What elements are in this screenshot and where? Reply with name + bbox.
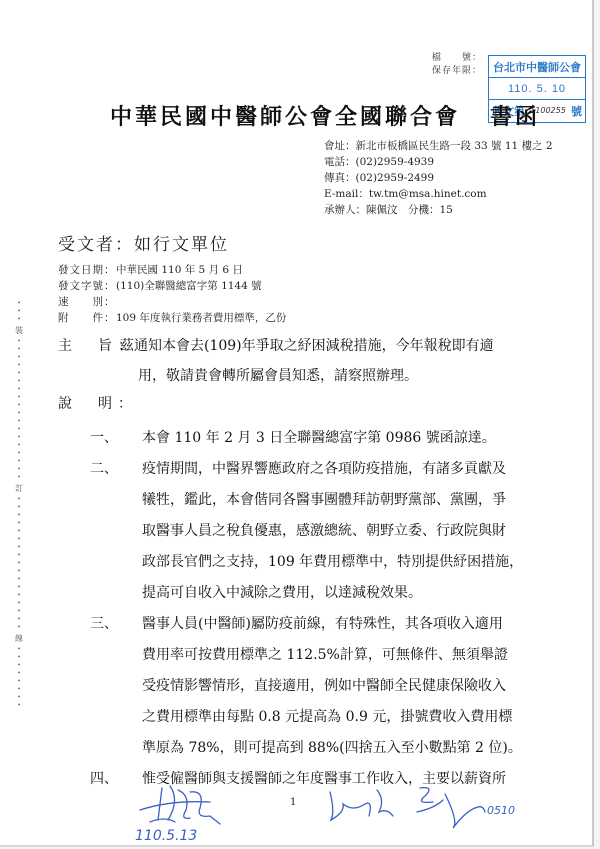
org-name: 中華民國中醫師公會全國聯合會 — [110, 104, 460, 130]
stamp-receipt-suffix: 號 — [571, 103, 582, 119]
list-item: 二、 疫情期間，中醫界響應政府之各項防疫措施，有諸多貢獻及 犧牲，鑑此，本會偕同… — [90, 454, 560, 609]
explanation-items: 一、 本會 110 年 2 月 3 日全聯醫總富字第 0986 號函諒達。 二、… — [90, 423, 560, 795]
handler: 承辦人：陳佩汶 分機：15 — [324, 202, 553, 218]
page-number: 1 — [290, 797, 296, 808]
issue-meta: 發文日期：中華民國 110 年 5 月 6 日 發文字號：(110)全聯醫總富字… — [58, 262, 286, 326]
document-title: 中華民國中醫師公會全國聯合會書函 — [110, 100, 540, 131]
doc-type: 書函 — [490, 104, 540, 130]
file-number-label: 檔 號： — [432, 52, 482, 65]
explanation-label: 說 明： — [58, 393, 138, 413]
signature-right-icon: 0510 — [325, 782, 525, 837]
svg-text:0510: 0510 — [487, 804, 515, 817]
address: 會址：新北市板橋區民生路一段 33 號 11 樓之 2 — [324, 138, 553, 154]
list-item: 三、 醫事人員(中醫師)屬防疫前線，有特殊性，其各項收入適用 費用率可按費用標準… — [90, 609, 560, 764]
subject-line: 茲通知本會去(109)年爭取之紓困減稅措施，今年報稅即有適 — [120, 338, 494, 354]
meta-row-priority: 速 別： — [58, 294, 286, 310]
subject-label: 主 旨： — [58, 331, 120, 361]
document-page: 檔 號： 保存年限： 台北市中醫師公會 110. 5. 10 收文第 11002… — [0, 0, 594, 847]
meta-row-ref: 發文字號：(110)全聯醫總富字第 1144 號 — [58, 278, 286, 294]
email: E-mail：tw.tm@msa.hinet.com — [324, 186, 553, 202]
meta-row-attachment: 附 件：109 年度執行業務者費用標準，乙份 — [58, 310, 286, 326]
stamp-date: 110. 5. 10 — [508, 83, 566, 95]
signature-left-icon: 110.5.13 — [120, 780, 250, 845]
recipient: 受文者：如行文單位 — [58, 230, 229, 255]
fax: 傳真：(02)2959-2499 — [324, 170, 553, 186]
stamp-org: 台北市中醫師公會 — [489, 56, 585, 78]
archive-fields: 檔 號： 保存年限： — [432, 52, 482, 78]
binding-char: 裝 — [12, 324, 26, 338]
binding-char: 訂 — [12, 482, 26, 496]
list-item: 一、 本會 110 年 2 月 3 日全聯醫總富字第 0986 號函諒達。 — [90, 423, 560, 454]
svg-text:110.5.13: 110.5.13 — [135, 828, 197, 844]
meta-row-date: 發文日期：中華民國 110 年 5 月 6 日 — [58, 262, 286, 278]
contact-block: 會址：新北市板橋區民生路一段 33 號 11 樓之 2 電話：(02)2959-… — [324, 138, 553, 218]
binding-char: 線 — [12, 632, 26, 646]
binding-margin: ••• 裝 •••••••••••••••••• 訂 •••••••••••••… — [12, 300, 26, 710]
subject-line: 用，敬請貴會轉所屬會員知悉，請察照辦理。 — [58, 361, 494, 391]
phone: 電話：(02)2959-4939 — [324, 154, 553, 170]
retention-period-label: 保存年限： — [432, 65, 482, 78]
subject: 主 旨：茲通知本會去(109)年爭取之紓困減稅措施，今年報稅即有適 用，敬請貴會… — [58, 331, 494, 391]
